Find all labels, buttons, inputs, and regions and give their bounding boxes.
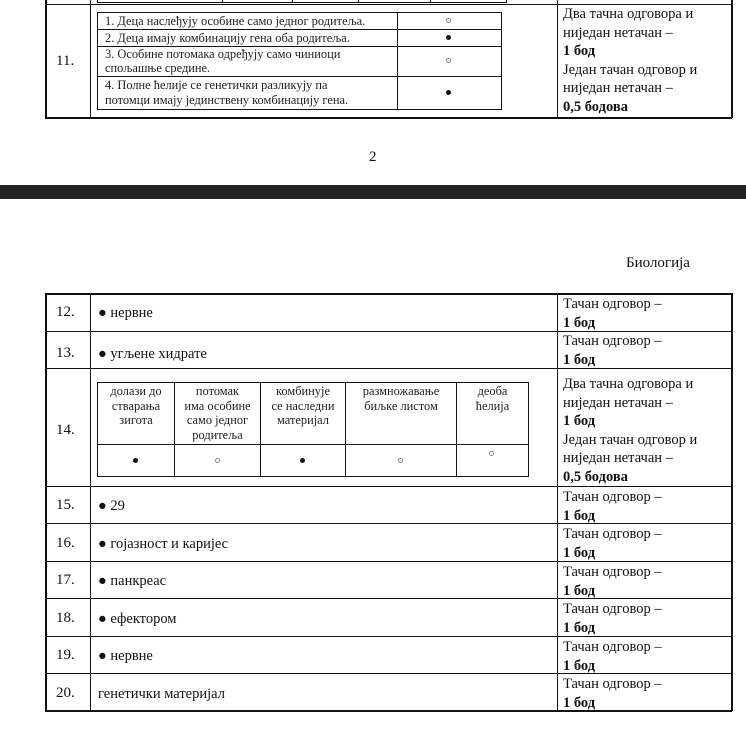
answer-text: ● ефектором <box>98 612 176 627</box>
question-number: 19. <box>56 648 75 663</box>
question-number: 13. <box>56 346 75 361</box>
empty-circle-icon <box>446 58 451 63</box>
score-text: Тачан одговор –1 бод <box>563 675 662 712</box>
option-label: потомакима особинесамо једногродитеља <box>175 384 260 442</box>
empty-circle-icon <box>215 458 220 463</box>
filled-circle-icon <box>446 35 451 40</box>
question-number: 14. <box>56 423 75 438</box>
score-text: Тачан одговор –1 бод <box>563 488 662 525</box>
answer-text: ● панкреас <box>98 574 166 589</box>
statement-text: 1. Деца наслеђују особине само једног ро… <box>105 14 365 29</box>
answer-text: ● угљене хидрате <box>98 347 207 362</box>
score-text: Тачан одговор –1 бод <box>563 295 662 332</box>
option-label: комбинујесе наследниматеријал <box>261 384 345 428</box>
score-text: Тачан одговор –1 бод <box>563 638 662 675</box>
question-number: 16. <box>56 536 75 551</box>
filled-circle-icon <box>446 90 451 95</box>
page-number: 2 <box>369 150 377 165</box>
question-number: 11. <box>56 54 74 69</box>
page-separator <box>0 185 746 199</box>
answer-text: ● нервне <box>98 306 153 321</box>
empty-circle-icon <box>489 451 494 456</box>
option-label: долази достварањазигота <box>98 384 174 428</box>
score-text: Тачан одговор –1 бод <box>563 525 662 562</box>
score-text: Два тачна одговора и ниједан нетачан – 1… <box>563 375 697 486</box>
filled-circle-icon <box>300 458 305 463</box>
empty-circle-icon <box>446 18 451 23</box>
question-number: 12. <box>56 305 75 320</box>
question-number: 20. <box>56 686 75 701</box>
answer-text: ● гојазност и каријес <box>98 537 228 552</box>
answer-text: генетички материјал <box>98 687 225 702</box>
answer-text: ● 29 <box>98 499 125 514</box>
score-text: Тачан одговор –1 бод <box>563 600 662 637</box>
score-text: Тачан одговор –1 бод <box>563 332 662 369</box>
page-header-subject: Биологија <box>626 256 690 271</box>
score-text: Два тачна одговора и ниједан нетачан – 1… <box>563 5 697 116</box>
statement-text: 2. Деца имају комбинацију гена оба родит… <box>105 31 350 46</box>
answer-text: ● нервне <box>98 649 153 664</box>
empty-circle-icon <box>398 458 403 463</box>
statement-text: потомци имају јединствену комбинацију ге… <box>105 93 348 108</box>
statement-text: 4. Полне ћелије се генетички разликују п… <box>105 78 327 93</box>
option-label: деобаћелија <box>457 384 528 413</box>
question-number: 15. <box>56 498 75 513</box>
score-text: Тачан одговор –1 бод <box>563 563 662 600</box>
option-label: размножавањебиљке листом <box>346 384 456 413</box>
statement-text: 3. Особине потомака одређују само чиниоц… <box>105 47 340 62</box>
filled-circle-icon <box>133 458 138 463</box>
statement-text: спољашње средине. <box>105 61 210 76</box>
question-number: 17. <box>56 573 75 588</box>
question-number: 18. <box>56 611 75 626</box>
